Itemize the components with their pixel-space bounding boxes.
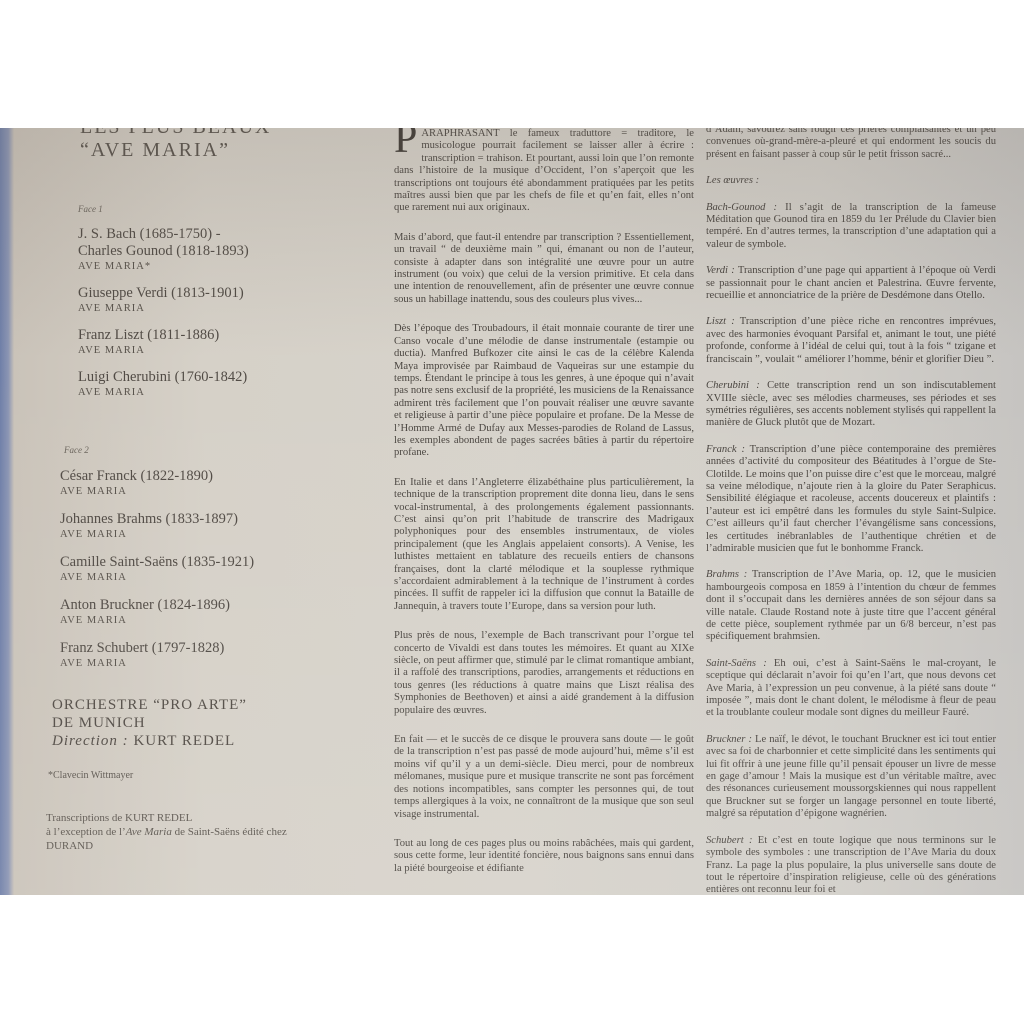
track-item: Johannes Brahms (1833-1897) AVE MARIA [60, 511, 370, 541]
track-item: César Franck (1822-1890) AVE MARIA [60, 468, 370, 498]
track-item: J. S. Bach (1685-1750) - Charles Gounod … [78, 226, 370, 273]
record-sleeve-photo: LES PLUS BEAUX “AVE MARIA” Face 1 J. S. … [0, 128, 1024, 895]
conductor-name: KURT REDEL [133, 733, 235, 749]
work-note: Saint-Saëns : Eh oui, c’est à Saint-Saën… [706, 658, 996, 720]
track-composer: Camille Saint-Saëns (1835-1921) [60, 554, 370, 571]
work-note-heading: Bach-Gounod : [706, 202, 777, 213]
work-note-text: Le naïf, le dévot, le touchant Bruckner … [706, 734, 996, 819]
album-title-line2: “AVE MARIA” [80, 138, 370, 162]
track-item: Luigi Cherubini (1760-1842) AVE MARIA [78, 369, 370, 399]
track-composer: J. S. Bach (1685-1750) - [78, 226, 370, 243]
track-composer: Johannes Brahms (1833-1897) [60, 511, 370, 528]
track-composer: César Franck (1822-1890) [60, 468, 370, 485]
essay-column: PARAPHRASANT le fameux traduttore = trad… [394, 128, 694, 892]
work-note: Bruckner : Le naïf, le dévot, le touchan… [706, 734, 996, 821]
track-work: AVE MARIA* [78, 260, 370, 273]
works-notes-column: d’Adam, savourez sans rougir ces prières… [706, 128, 996, 895]
dropcap: P [394, 128, 417, 156]
essay-paragraph: Dès l’époque des Troubadours, il était m… [394, 323, 694, 459]
orchestra-city: DE MUNICH [52, 714, 370, 732]
credits-line2-pre: à l’exception de l’ [46, 826, 126, 838]
works-entries: Bach-Gounod : Il s’agit de la transcript… [706, 202, 996, 895]
work-note-heading: Liszt : [706, 316, 735, 327]
work-note-text: Transcription de l’Ave Maria, op. 12, qu… [706, 569, 996, 642]
track-item: Anton Bruckner (1824-1896) AVE MARIA [60, 597, 370, 627]
work-note: Bach-Gounod : Il s’agit de la transcript… [706, 202, 996, 252]
work-note-text: Transcription d’une pièce contemporaine … [706, 444, 996, 554]
album-title-line1: LES PLUS BEAUX [80, 128, 370, 138]
work-note-heading: Bruckner : [706, 734, 752, 745]
credits-line2: à l’exception de l’Ave Maria de Saint-Sa… [46, 825, 364, 839]
track-composer-2: Charles Gounod (1818-1893) [78, 243, 370, 260]
track-item: Giuseppe Verdi (1813-1901) AVE MARIA [78, 285, 370, 315]
work-note: Liszt : Transcription d’une pièce riche … [706, 316, 996, 366]
work-note: Brahms : Transcription de l’Ave Maria, o… [706, 569, 996, 643]
essay-text: ARAPHRASANT le fameux traduttore = tradi… [394, 128, 694, 213]
credits-line3: DURAND [46, 839, 364, 853]
essay-paragraph: Tout au long de ces pages plus ou moins … [394, 838, 694, 875]
work-note-heading: Schubert : [706, 835, 752, 846]
work-note-heading: Franck : [706, 444, 745, 455]
work-note: Schubert : Et c’est en toute logique que… [706, 835, 996, 895]
works-heading: Les œuvres : [706, 175, 996, 187]
essay-paragraph: PARAPHRASANT le fameux traduttore = trad… [394, 128, 694, 215]
work-note: Verdi : Transcription d’une page qui app… [706, 265, 996, 302]
work-note: Cherubini : Cette transcription rend un … [706, 380, 996, 430]
track-work: AVE MARIA [78, 344, 370, 357]
track-work: AVE MARIA [60, 528, 370, 541]
credits-line1: Transcriptions de KURT REDEL [46, 811, 364, 825]
orchestra-name: ORCHESTRE “PRO ARTE” [52, 696, 370, 714]
face1-label: Face 1 [78, 204, 370, 214]
track-composer: Anton Bruckner (1824-1896) [60, 597, 370, 614]
face2-tracklist: César Franck (1822-1890) AVE MARIA Johan… [60, 468, 370, 670]
work-note-heading: Cherubini : [706, 380, 760, 391]
track-work: AVE MARIA [60, 657, 370, 670]
face1-tracklist: J. S. Bach (1685-1750) - Charles Gounod … [78, 226, 370, 399]
face2-label: Face 2 [64, 445, 370, 455]
work-note: Franck : Transcription d’une pièce conte… [706, 444, 996, 556]
track-work: AVE MARIA [60, 485, 370, 498]
transcription-credits: Transcriptions de KURT REDEL à l’excepti… [46, 811, 364, 853]
work-note-heading: Verdi : [706, 265, 735, 276]
direction-label: Direction : [52, 733, 129, 749]
work-note-heading: Brahms : [706, 569, 747, 580]
track-work: AVE MARIA [78, 302, 370, 315]
orchestra-direction: Direction : KURT REDEL [52, 732, 370, 750]
track-work: AVE MARIA [60, 571, 370, 584]
track-composer: Giuseppe Verdi (1813-1901) [78, 285, 370, 302]
track-item: Franz Liszt (1811-1886) AVE MARIA [78, 327, 370, 357]
work-note-heading: Saint-Saëns : [706, 658, 767, 669]
work-note-text: Transcription d’une page qui appartient … [706, 265, 996, 301]
track-composer: Franz Liszt (1811-1886) [78, 327, 370, 344]
orchestra-credit: ORCHESTRE “PRO ARTE” DE MUNICH Direction… [52, 696, 370, 750]
track-work: AVE MARIA [60, 614, 370, 627]
tracklist-column: LES PLUS BEAUX “AVE MARIA” Face 1 J. S. … [40, 128, 370, 853]
track-item: Camille Saint-Saëns (1835-1921) AVE MARI… [60, 554, 370, 584]
credits-line2-post: de Saint-Saëns édité chez [172, 826, 287, 838]
essay-paragraph: En fait — et le succès de ce disque le p… [394, 734, 694, 821]
essay-paragraph: En Italie et dans l’Angleterre élizabéth… [394, 477, 694, 613]
footnote: *Clavecin Wittmayer [48, 770, 370, 781]
track-item: Franz Schubert (1797-1828) AVE MARIA [60, 640, 370, 670]
credits-line2-italic: Ave Maria [126, 826, 172, 838]
track-composer: Luigi Cherubini (1760-1842) [78, 369, 370, 386]
track-composer: Franz Schubert (1797-1828) [60, 640, 370, 657]
track-work: AVE MARIA [78, 386, 370, 399]
notes-intro: d’Adam, savourez sans rougir ces prières… [706, 128, 996, 161]
work-note-text: Transcription d’une pièce riche en renco… [706, 316, 996, 364]
essay-paragraph: Plus près de nous, l’exemple de Bach tra… [394, 630, 694, 717]
essay-paragraph: Mais d’abord, que faut-il entendre par t… [394, 232, 694, 306]
